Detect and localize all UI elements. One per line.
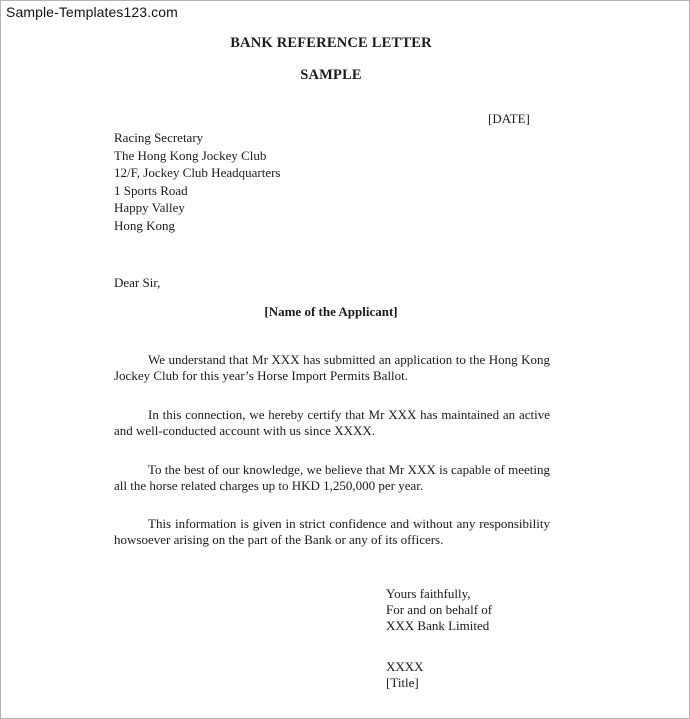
subject-line: [Name of the Applicant]	[1, 304, 661, 320]
address-line: Hong Kong	[114, 217, 280, 235]
body-paragraph: We understand that Mr XXX has submitted …	[114, 352, 550, 384]
address-line: The Hong Kong Jockey Club	[114, 147, 280, 165]
signer-name: XXXX	[386, 659, 424, 675]
document-page: Sample-Templates123.com BANK REFERENCE L…	[0, 0, 690, 719]
closing-line: For and on behalf of	[386, 602, 492, 618]
address-line: Happy Valley	[114, 199, 280, 217]
salutation: Dear Sir,	[114, 275, 160, 291]
watermark: Sample-Templates123.com	[6, 4, 178, 20]
date-placeholder: [DATE]	[488, 111, 530, 127]
body-paragraph: In this connection, we hereby certify th…	[114, 407, 550, 439]
recipient-address: Racing Secretary The Hong Kong Jockey Cl…	[114, 129, 280, 235]
letter-subtitle: SAMPLE	[1, 67, 661, 84]
signer-title: [Title]	[386, 675, 424, 691]
closing-line: Yours faithfully,	[386, 586, 492, 602]
letter-title: BANK REFERENCE LETTER	[1, 35, 661, 52]
address-line: 12/F, Jockey Club Headquarters	[114, 164, 280, 182]
address-line: Racing Secretary	[114, 129, 280, 147]
closing-block: Yours faithfully, For and on behalf of X…	[386, 586, 492, 634]
address-line: 1 Sports Road	[114, 182, 280, 200]
signature-block: XXXX [Title]	[386, 659, 424, 691]
closing-line: XXX Bank Limited	[386, 618, 492, 634]
body-paragraph: To the best of our knowledge, we believe…	[114, 462, 550, 494]
body-paragraph: This information is given in strict conf…	[114, 516, 550, 548]
